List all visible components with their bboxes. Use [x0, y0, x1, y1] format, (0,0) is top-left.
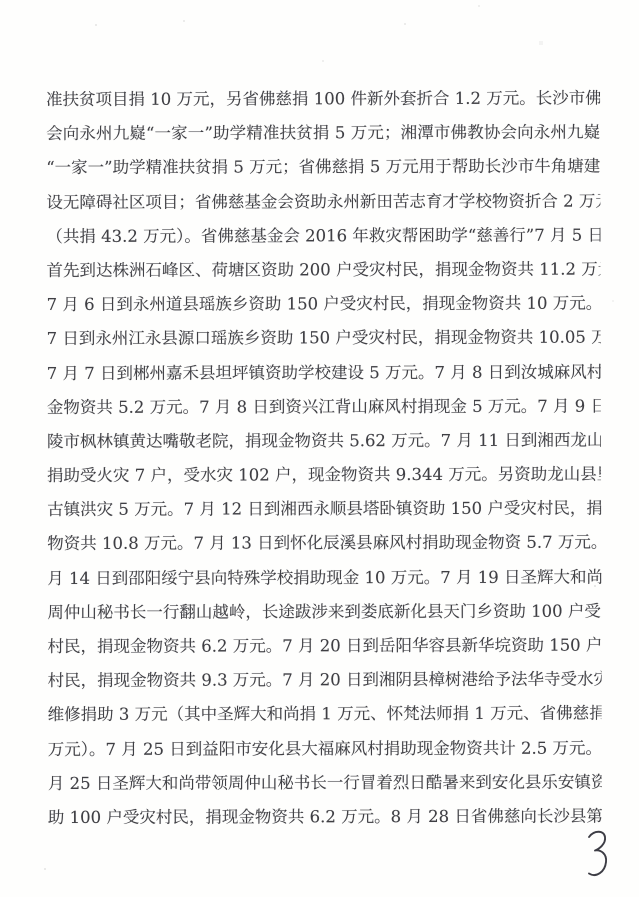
text-line: 村民，捐现金物资共 9.3 万元。7 月 20 日到湘阴县樟树港给予法华寺受水灾…: [48, 663, 602, 699]
text-line: 捐助受火灾 7 户，受水灾 102 户，现金物资共 9.344 万元。另资助龙山…: [47, 458, 601, 494]
page-number-value: 3: [584, 882, 585, 883]
text-line: 首先到达株洲石峰区、荷塘区资助 200 户受灾村民，捐现金物资共 11.2 万元…: [46, 252, 600, 288]
text-line: 7 月 6 日到永州道县瑶族乡资助 150 户受灾村民，捐现金物资共 10 万元…: [47, 287, 601, 323]
text-line: 助 100 户受灾村民，捐现金物资共 6.2 万元。8 月 28 日省佛慈向长沙…: [48, 799, 602, 835]
text-line: “一家一”助学精准扶贫捐 5 万元；省佛慈捐 5 万元用于帮助长沙市牛角塘建: [46, 150, 600, 186]
text-line: 维修捐助 3 万元（其中圣辉大和尚捐 1 万元、怀梵法师捐 1 万元、省佛慈捐 …: [48, 697, 602, 733]
text-line: 月 14 日到邵阳绥宁县向特殊学校捐助现金 10 万元。7 月 19 日圣辉大和…: [47, 560, 601, 596]
text-line: 7 日到永州江永县源口瑶族乡资助 150 户受灾村民，捐现金物资共 10.05 …: [47, 321, 601, 357]
document-page: 准扶贫项目捐 10 万元，另省佛慈捐 100 件新外套折合 1.2 万元。长沙市…: [0, 0, 639, 897]
text-line: 村民，捐现金物资共 6.2 万元。7 月 20 日到岳阳华容县新华垸资助 150…: [47, 629, 601, 665]
handwritten-3-icon: [584, 828, 612, 882]
text-line: 7 月 7 日到郴州嘉禾县坦坪镇资助学校建设 5 万元。7 月 8 日到汝城麻风…: [47, 355, 601, 391]
text-line: 陵市枫林镇黄达嘴敬老院，捐现金物资共 5.62 万元。7 月 11 日到湘西龙山…: [47, 423, 601, 459]
text-line: 月 25 日圣辉大和尚带领周仲山秘书长一行冒着烈日酷暑来到安化县乐安镇资: [48, 765, 602, 801]
text-line: 会向永州九嶷“一家一”助学精准扶贫捐 5 万元；湘潭市佛教协会向永州九嶷: [46, 116, 600, 152]
text-line: 古镇洪灾 5 万元。7 月 12 日到湘西永顺县塔卧镇资助 150 户受灾村民，…: [47, 492, 601, 528]
text-line: 周仲山秘书长一行翻山越岭，长途跋涉来到娄底新化县天门乡资助 100 户受灾: [47, 594, 601, 630]
text-line: 金物资共 5.2 万元。7 月 8 日到资兴江背山麻风村捐现金 5 万元。7 月…: [47, 389, 601, 425]
text-line: 设无障碍社区项目；省佛慈基金会资助永州新田苦志育才学校物资折合 2 万元: [46, 184, 600, 220]
text-line: 万元）。7 月 25 日到益阳市安化县大福麻风村捐助现金物资共计 2.5 万元。…: [48, 731, 602, 767]
text-line: 准扶贫项目捐 10 万元，另省佛慈捐 100 件新外套折合 1.2 万元。长沙市…: [46, 82, 600, 118]
document-body-text: 准扶贫项目捐 10 万元，另省佛慈捐 100 件新外套折合 1.2 万元。长沙市…: [46, 82, 602, 836]
page-number: 3: [584, 828, 612, 882]
text-line: （共捐 43.2 万元）。省佛慈基金会 2016 年救灾帮困助学“慈善行”7 月…: [46, 218, 600, 254]
text-line: 物资共 10.8 万元。7 月 13 日到怀化辰溪县麻风村捐助现金物资 5.7 …: [47, 526, 601, 562]
scan-noise-specks: [0, 0, 2, 2]
